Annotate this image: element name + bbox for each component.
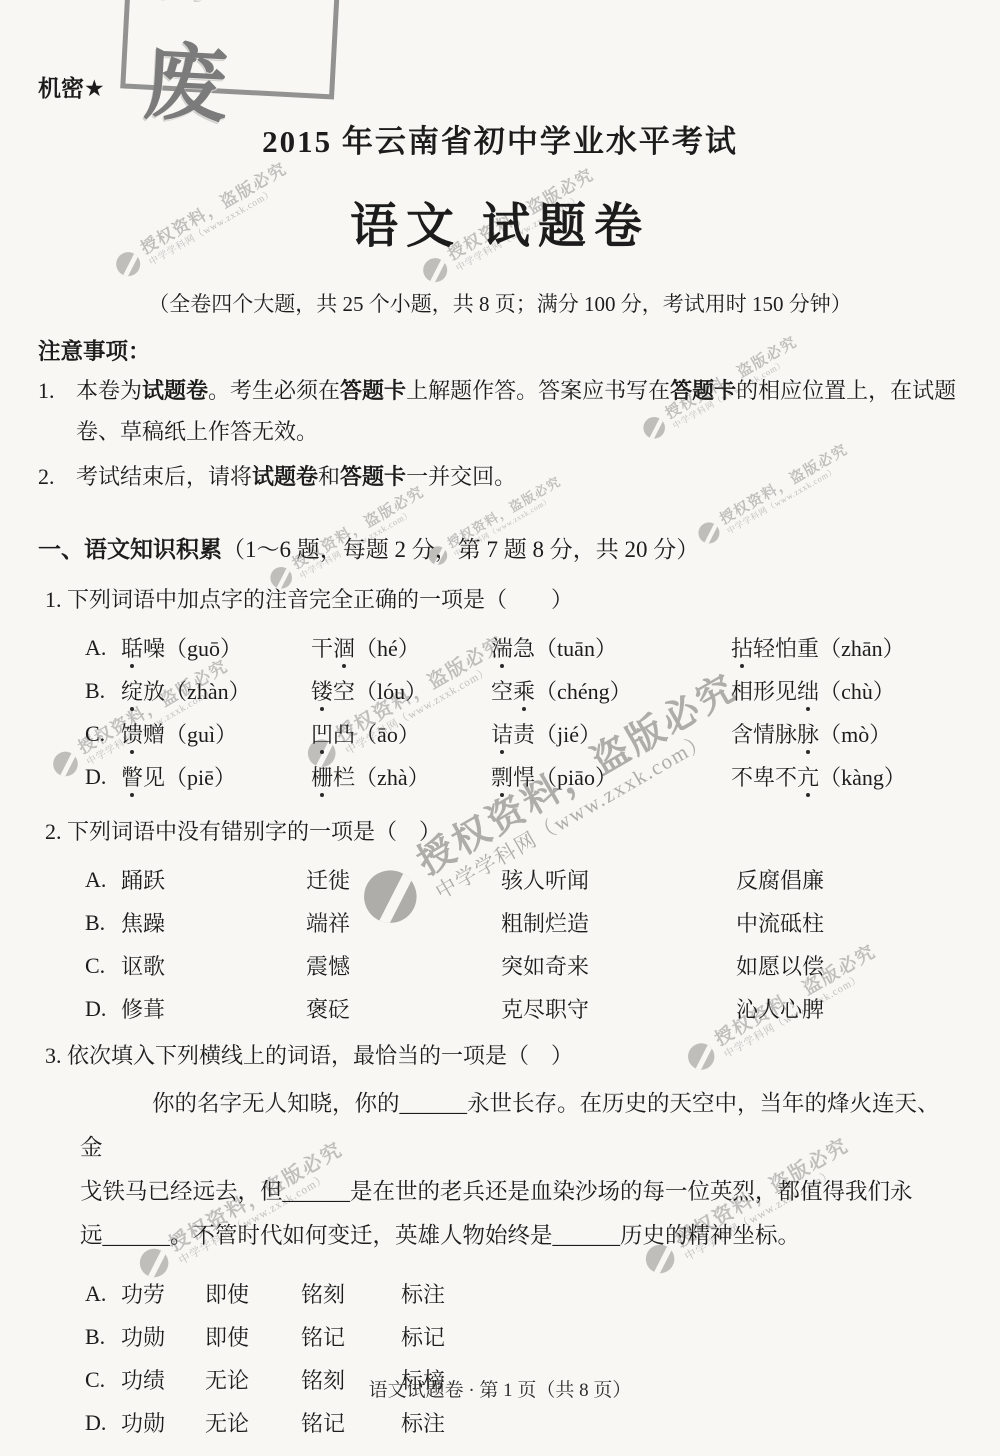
page-footer: 语文试题卷 · 第 1 页（共 8 页） xyxy=(0,1375,1000,1402)
char: 干 xyxy=(311,636,333,661)
char: （ xyxy=(165,765,187,790)
option-label: B. xyxy=(85,678,121,704)
char: 脉 xyxy=(775,722,797,747)
option-row: A.踊跃迁徙骇人听闻反腐倡廉 xyxy=(85,858,1000,901)
char: ā xyxy=(862,636,872,661)
passage-line: 远______。不管时代如何变迁，英雄人物始终是______历史的精神坐标。 xyxy=(80,1214,960,1258)
notice-item-text: 考试结束后，请将试题卷和答题卡一并交回。 xyxy=(76,456,516,497)
char: c xyxy=(841,679,851,704)
char: ò xyxy=(858,722,869,747)
notice-text-segment: 上解题作答。答案应书写在 xyxy=(406,378,670,403)
char: ） xyxy=(595,765,617,790)
notice-items: 1.本卷为试题卷。考生必须在答题卡上解题作答。答案应书写在答题卡的相应位置上，在… xyxy=(38,370,962,497)
notice-text-segment: 和 xyxy=(318,464,340,489)
char: u xyxy=(394,679,405,704)
option-cell: 凹凸（āo） xyxy=(311,718,491,749)
char: 放 xyxy=(143,679,165,704)
char: 卑 xyxy=(753,765,775,790)
char: （ xyxy=(355,679,377,704)
notice-item: 1.本卷为试题卷。考生必须在答题卡上解题作答。答案应书写在答题卡的相应位置上，在… xyxy=(38,370,962,452)
option-cell: 铭记 xyxy=(301,1321,401,1352)
char: 凸 xyxy=(333,722,355,747)
option-row: C.讴歌震憾突如奇来如愿以偿 xyxy=(85,944,1000,987)
option-cell: 踊跃 xyxy=(121,864,306,895)
char: 不 xyxy=(731,765,753,790)
char: 空 xyxy=(333,679,355,704)
option-cell: 诘责（jié） xyxy=(491,718,731,749)
char: 情 xyxy=(753,722,775,747)
char: n xyxy=(588,679,599,704)
char: u xyxy=(198,636,209,661)
char: h xyxy=(567,679,578,704)
char: h xyxy=(851,679,862,704)
char: （ xyxy=(355,722,377,747)
char: （ xyxy=(819,679,841,704)
char: h xyxy=(387,765,398,790)
char: p xyxy=(557,765,568,790)
char: ） xyxy=(214,765,236,790)
notice-bold-term: 答题卡 xyxy=(340,464,406,489)
char: ē xyxy=(204,765,214,790)
notice-bold-term: 答题卡 xyxy=(670,378,736,403)
char: ） xyxy=(229,679,251,704)
notice-text-segment: 。考生必须在 xyxy=(208,378,340,403)
char: ） xyxy=(873,679,895,704)
dotted-char: 脉 xyxy=(797,718,819,749)
notice-item-number: 1. xyxy=(38,370,76,452)
dotted-char: 绽 xyxy=(121,675,143,706)
char: à xyxy=(208,679,218,704)
option-row: A.功劳即使铭刻标注 xyxy=(85,1272,1000,1315)
option-row: C.馈赠（guì）凹凸（āo）诘责（jié）含情脉脉（mò） xyxy=(85,712,1000,755)
option-cell: 修葺 xyxy=(121,993,306,1024)
char: n xyxy=(862,765,873,790)
option-cell: 相形见绌（chù） xyxy=(731,675,1000,706)
char: 见 xyxy=(775,679,797,704)
q1-stem: 1. 下列词语中加点字的注音完全正确的一项是（ ） xyxy=(45,586,1000,614)
option-cell: 聒噪（guō） xyxy=(121,632,311,663)
void-stamp-text: 作废 xyxy=(141,0,339,145)
option-cell: 栅栏（zhà） xyxy=(311,761,491,792)
option-label: A. xyxy=(85,635,121,661)
dotted-char: 绌 xyxy=(797,675,819,706)
char: ） xyxy=(405,679,427,704)
char: o xyxy=(387,722,398,747)
char: o xyxy=(584,765,595,790)
section-1-heading: 一、语文知识积累（1～6 题，每题 2 分，第 7 题 8 分，共 20 分） xyxy=(38,531,962,564)
option-cell: 镂空（lóu） xyxy=(311,675,491,706)
char: 怕 xyxy=(775,636,797,661)
option-cell: 反腐倡廉 xyxy=(736,864,1000,895)
char: 相 xyxy=(731,679,753,704)
option-cell: 拈轻怕重（zhān） xyxy=(731,632,1000,663)
notice-bold-term: 答题卡 xyxy=(340,378,406,403)
option-label: C. xyxy=(85,721,121,747)
char: ） xyxy=(398,636,420,661)
option-label: B. xyxy=(85,1324,121,1350)
char: 形 xyxy=(753,679,775,704)
option-cell: 功勋 xyxy=(121,1321,205,1352)
char: ó xyxy=(383,679,394,704)
char: 急 xyxy=(513,636,535,661)
char: z xyxy=(187,679,197,704)
option-cell: 端祥 xyxy=(306,907,501,938)
notice-item-number: 2. xyxy=(38,456,76,497)
dotted-char: 剽 xyxy=(491,761,513,792)
char: k xyxy=(841,765,852,790)
char: 轻 xyxy=(753,636,775,661)
option-cell: 无论 xyxy=(205,1407,301,1438)
option-cell: 湍急（tuān） xyxy=(491,632,731,663)
notice-item: 2.考试结束后，请将试题卷和答题卡一并交回。 xyxy=(38,456,962,497)
char: ） xyxy=(220,636,242,661)
char: é xyxy=(578,679,588,704)
char: （ xyxy=(165,722,187,747)
option-cell: 标注 xyxy=(401,1278,1000,1309)
notice-heading: 注意事项： xyxy=(38,334,962,366)
option-cell: 铭刻 xyxy=(301,1278,401,1309)
char: n xyxy=(872,636,883,661)
char: h xyxy=(377,636,388,661)
notice-bold-term: 试题卷 xyxy=(252,464,318,489)
option-cell: 标记 xyxy=(401,1321,1000,1352)
notice-item-text: 本卷为试题卷。考生必须在答题卡上解题作答。答案应书写在答题卡的相应位置上，在试题… xyxy=(76,370,962,452)
option-row: B.功勋即使铭记标记 xyxy=(85,1315,1000,1358)
paper-info: （全卷四个大题，共 25 个小题，共 8 页；满分 100 分，考试用时 150… xyxy=(0,288,1000,318)
option-cell: 干涸（hé） xyxy=(311,632,491,663)
dotted-char: 乘 xyxy=(513,675,535,706)
option-cell: 褒砭 xyxy=(306,993,501,1024)
notice-text-segment: 一并交回。 xyxy=(406,464,516,489)
option-cell: 讴歌 xyxy=(121,950,306,981)
char: h xyxy=(851,636,862,661)
q3-passage: 你的名字无人知晓，你的______永世长存。在历史的天空中，当年的烽火连天、金戈… xyxy=(80,1082,960,1258)
option-row: D.瞥见（piē）栅栏（zhà）剽悍（piāo）不卑不亢（kàng） xyxy=(85,755,1000,798)
option-cell: 震憾 xyxy=(306,950,501,981)
char: （ xyxy=(535,679,557,704)
char: ） xyxy=(579,722,601,747)
char: ） xyxy=(408,765,430,790)
option-cell: 瞥见（piē） xyxy=(121,761,311,792)
paper-title: 语文 试题卷 xyxy=(0,187,1000,256)
option-cell: 馈赠（guì） xyxy=(121,718,311,749)
char: g xyxy=(187,636,198,661)
option-label: C. xyxy=(85,953,121,979)
char: 重 xyxy=(797,636,819,661)
section-1-title: 一、语文知识积累 xyxy=(38,536,222,562)
option-cell: 含情脉脉（mò） xyxy=(731,718,1000,749)
dotted-char: 馈 xyxy=(121,718,143,749)
option-cell: 绽放（zhàn） xyxy=(121,675,311,706)
char: （ xyxy=(165,636,187,661)
option-label: D. xyxy=(85,764,121,790)
char: g xyxy=(599,679,610,704)
notice-text-segment: 考试结束后，请将 xyxy=(76,464,252,489)
dotted-char: 湍 xyxy=(491,632,513,663)
notice-section: 注意事项： 1.本卷为试题卷。考生必须在答题卡上解题作答。答案应书写在答题卡的相… xyxy=(38,334,962,497)
char: 不 xyxy=(775,765,797,790)
char: （ xyxy=(355,636,377,661)
q3-stem: 3. 依次填入下列横线上的词语，最恰当的一项是（ ） xyxy=(45,1042,1000,1070)
option-row: B.焦躁端祥粗制烂造中流砥柱 xyxy=(85,901,1000,944)
char: ） xyxy=(595,636,617,661)
char: （ xyxy=(535,765,557,790)
dotted-char: 诘 xyxy=(491,718,513,749)
char: n xyxy=(218,679,229,704)
char: （ xyxy=(819,722,841,747)
option-cell: 骇人听闻 xyxy=(501,864,736,895)
dotted-char: 聒 xyxy=(121,632,143,663)
option-label: B. xyxy=(85,910,121,936)
char: ā xyxy=(574,765,584,790)
char: （ xyxy=(355,765,377,790)
classification-label: 机密★ xyxy=(38,70,105,103)
dotted-char: 瞥 xyxy=(121,761,143,792)
char: ā xyxy=(574,636,584,661)
option-cell: 迁徙 xyxy=(306,864,501,895)
char: 见 xyxy=(143,765,165,790)
option-cell: 即使 xyxy=(205,1321,301,1352)
char: g xyxy=(873,765,884,790)
dotted-char: 亢 xyxy=(797,761,819,792)
option-label: A. xyxy=(85,867,121,893)
char: m xyxy=(841,722,858,747)
char: c xyxy=(557,679,567,704)
char: ā xyxy=(377,722,387,747)
option-cell: 不卑不亢（kàng） xyxy=(731,761,1000,792)
notice-bold-term: 试题卷 xyxy=(142,378,208,403)
char: 赠 xyxy=(143,722,165,747)
char: z xyxy=(377,765,387,790)
q1-options: A.聒噪（guō）干涸（hé）湍急（tuān）拈轻怕重（zhān）B.绽放（zh… xyxy=(85,626,1000,798)
option-cell: 如愿以偿 xyxy=(736,950,1000,981)
option-cell: 功劳 xyxy=(121,1278,205,1309)
char: （ xyxy=(819,765,841,790)
void-stamp: 作废 xyxy=(120,0,342,99)
q2-options: A.踊跃迁徙骇人听闻反腐倡廉B.焦躁端祥粗制烂造中流砥柱C.讴歌震憾突如奇来如愿… xyxy=(85,858,1000,1030)
char: ù xyxy=(862,679,873,704)
notice-text-segment: 本卷为 xyxy=(76,378,142,403)
char: （ xyxy=(535,636,557,661)
char: é xyxy=(569,722,579,747)
option-cell: 中流砥柱 xyxy=(736,907,1000,938)
char: 空 xyxy=(491,679,513,704)
char: 含 xyxy=(731,722,753,747)
option-cell: 标注 xyxy=(401,1407,1000,1438)
section-1-score-info: （1～6 题，每题 2 分，第 7 题 8 分，共 20 分） xyxy=(222,537,699,562)
option-row: B.绽放（zhàn）镂空（lóu）空乘（chéng）相形见绌（chù） xyxy=(85,669,1000,712)
option-cell: 铭记 xyxy=(301,1407,401,1438)
option-row: D.修葺褒砭克尽职守沁人心脾 xyxy=(85,987,1000,1030)
char: à xyxy=(398,765,408,790)
char: ） xyxy=(610,679,632,704)
exam-page: 作废 机密★ 2015 年云南省初中学业水平考试 语文 试题卷 （全卷四个大题，… xyxy=(0,0,1000,1444)
option-row: D.功勋无论铭记标注 xyxy=(85,1401,1000,1444)
char: u xyxy=(198,722,209,747)
char: 责 xyxy=(513,722,535,747)
char: n xyxy=(584,636,595,661)
char: （ xyxy=(819,636,841,661)
char: ） xyxy=(215,722,237,747)
char: h xyxy=(197,679,208,704)
dotted-char: 凹 xyxy=(311,718,333,749)
char: g xyxy=(187,722,198,747)
char: ） xyxy=(869,722,891,747)
option-cell: 即使 xyxy=(205,1278,301,1309)
passage-line: 戈铁马已经远去，但______是在世的老兵还是血染沙场的每一位英烈，都值得我们永 xyxy=(80,1170,960,1214)
char: u xyxy=(563,636,574,661)
char: z xyxy=(841,636,851,661)
option-cell: 空乘（chéng） xyxy=(491,675,731,706)
option-label: D. xyxy=(85,1410,121,1436)
dotted-char: 拈 xyxy=(731,632,753,663)
option-cell: 克尽职守 xyxy=(501,993,736,1024)
char: ō xyxy=(209,636,220,661)
dotted-char: 栅 xyxy=(311,761,333,792)
q2-stem: 2. 下列词语中没有错别字的一项是（ ） xyxy=(45,818,1000,846)
char: é xyxy=(388,636,398,661)
passage-line: 你的名字无人知晓，你的______永世长存。在历史的天空中，当年的烽火连天、金 xyxy=(80,1082,960,1170)
dotted-char: 涸 xyxy=(333,632,355,663)
char: à xyxy=(852,765,862,790)
dotted-char: 镂 xyxy=(311,675,333,706)
option-cell: 焦躁 xyxy=(121,907,306,938)
char: p xyxy=(187,765,198,790)
option-row: A.聒噪（guō）干涸（hé）湍急（tuān）拈轻怕重（zhān） xyxy=(85,626,1000,669)
char: ） xyxy=(884,765,906,790)
option-cell: 剽悍（piāo） xyxy=(491,761,731,792)
char: （ xyxy=(165,679,187,704)
option-cell: 粗制烂造 xyxy=(501,907,736,938)
option-cell: 沁人心脾 xyxy=(736,993,1000,1024)
option-cell: 功勋 xyxy=(121,1407,205,1438)
option-label: D. xyxy=(85,996,121,1022)
char: 栏 xyxy=(333,765,355,790)
char: （ xyxy=(535,722,557,747)
q3-options: A.功劳即使铭刻标注B.功勋即使铭记标记C.功绩无论铭刻标榜D.功勋无论铭记标注 xyxy=(85,1272,1000,1444)
char: ） xyxy=(398,722,420,747)
char: 悍 xyxy=(513,765,535,790)
option-label: A. xyxy=(85,1281,121,1307)
char: ） xyxy=(883,636,905,661)
option-cell: 突如奇来 xyxy=(501,950,736,981)
char: 噪 xyxy=(143,636,165,661)
